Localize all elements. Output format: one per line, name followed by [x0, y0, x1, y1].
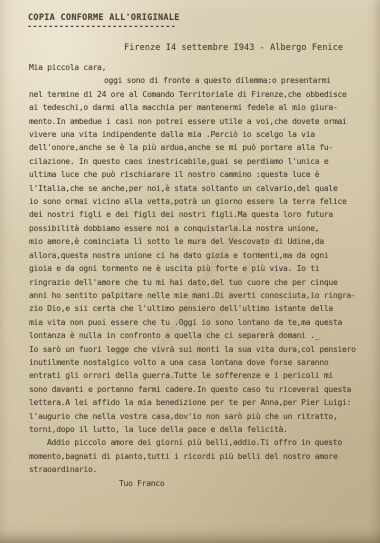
- letter-line: Io sarò un fuori legge che vivrà sui mon…: [29, 343, 369, 356]
- stamp-underline: ----------------------------: [27, 22, 181, 32]
- letter-line: cilazione. In questo caos inestricabile,…: [29, 155, 369, 168]
- letter-line: possibilità dobbiamo essere noi a conqui…: [29, 222, 369, 235]
- signature: Tuo Franco: [119, 477, 369, 490]
- letter-line: Addio piccolo amore dei giorni più belli…: [47, 436, 369, 449]
- letter-line: zio Dio,e sii certa che l'ultimo pensier…: [29, 302, 369, 315]
- letter-line: l'Italia,che se anche,per noi,è stata so…: [29, 182, 369, 195]
- letter-line: oggi sono di fronte a questo dilemma:o p…: [104, 74, 369, 87]
- letter-line: mento.In ambedue i casi non potrei esser…: [29, 115, 369, 128]
- letter-line: momento,bagnati di pianto,tutti i ricord…: [29, 450, 369, 463]
- letter-line: ringrazio dell'amore che tu mi hai dato,…: [29, 276, 369, 289]
- letter-page: COPIA CONFORME ALL'ORIGINALE -----------…: [0, 0, 380, 543]
- letter-line: anni ho sentito palpitare nelle mie mani…: [29, 289, 369, 302]
- letter-line: gioia e da ogni tormento ne è uscita più…: [29, 262, 369, 275]
- letter-line: straoardinario.: [29, 463, 369, 476]
- letter-line: l'augurio che nella vostra casa,dov'io n…: [29, 410, 369, 423]
- letter-line: lettera.A lei affido la mia benedizione …: [29, 396, 369, 409]
- letter-line: sono davanti e portanno farmi cadere.In …: [29, 383, 369, 396]
- letter-body: Mia piccola cara,oggi sono di fronte a q…: [29, 61, 369, 490]
- letter-line: mia vita non puoi essere che tu .Oggi io…: [29, 316, 369, 329]
- letter-line: ai tedeschi,o darmi alla macchia per man…: [29, 101, 369, 114]
- letter-line: io sono ormai vicino alla vetta,potrà un…: [29, 195, 369, 208]
- letter-line: nel termine di 24 ore al Comando Territo…: [29, 88, 369, 101]
- letter-line: dell'onore,anche se è la più ardua,anche…: [29, 141, 369, 154]
- letter-line: torni,dopo il lutto, la luce della pace …: [29, 423, 369, 436]
- letter-line: allora,questa nostra unione ci ha dato g…: [29, 249, 369, 262]
- letter-line: vivere una vita indipendente dalla mia .…: [29, 128, 369, 141]
- letter-line: inutilmente nostalgico volto a una casa …: [29, 356, 369, 369]
- dateline: Firenze I4 settembre I943 - Albergo Feni…: [124, 43, 343, 53]
- letter-line: dei nostri figli e dei figli dei nostri …: [29, 208, 369, 221]
- letter-line: mio amore,è cominciata lì sotto le mura …: [29, 235, 369, 248]
- letter-line: lontanza è nulla in confronto a quella c…: [29, 329, 369, 342]
- letter-line: entrati gli orrori della guerra.Tutte le…: [29, 369, 369, 382]
- letter-line: ultima luce che può rischiarare il nostr…: [29, 168, 369, 181]
- letter-line: Mia piccola cara,: [29, 61, 369, 74]
